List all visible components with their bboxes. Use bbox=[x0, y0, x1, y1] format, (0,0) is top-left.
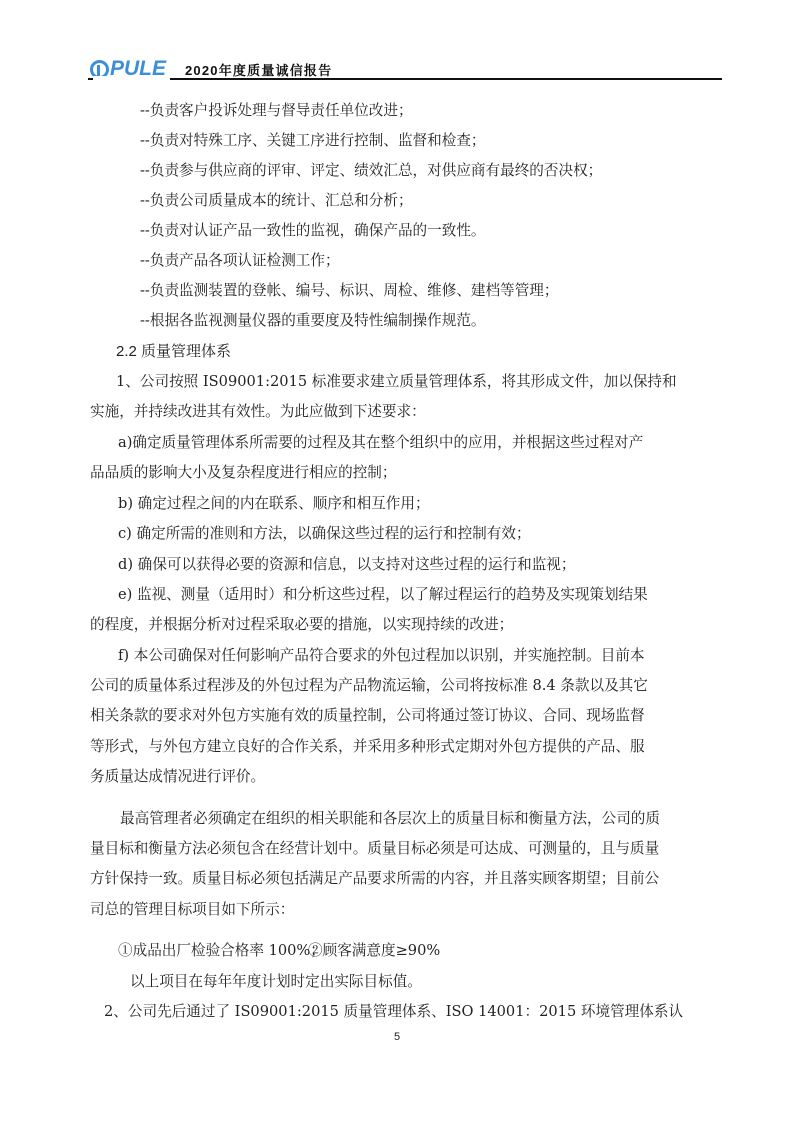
responsibility-item: --负责公司质量成本的统计、汇总和分析； bbox=[140, 190, 413, 212]
paragraph-line: 量目标和衡量方法必须包含在经营计划中。质量目标必须是可达成、可测量的，且与质量 bbox=[90, 838, 659, 860]
responsibility-item: --负责对特殊工序、关键工序进行控制、监督和检查； bbox=[140, 130, 486, 152]
responsibility-item: --负责对认证产品一致性的监视，确保产品的一致性。 bbox=[140, 220, 486, 242]
responsibility-item: --负责客户投诉处理与督导责任单位改进； bbox=[140, 100, 413, 122]
page-header: PULE 2020年度质量诚信报告 bbox=[88, 56, 722, 80]
list-item-a: a)确定质量管理体系所需要的过程及其在整个组织中的应用，并根据这些过程对产 bbox=[118, 432, 643, 454]
list-item-e: e) 监视、测量（适用时）和分析这些过程，以了解过程运行的趋势及实现策划结果 bbox=[118, 584, 648, 606]
paragraph-line: 1、公司按照 IS09001:2015 标准要求建立质量管理体系，将其形成文件，… bbox=[116, 371, 677, 393]
responsibility-item: --负责监测装置的登帐、编号、标识、周检、维修、建档等管理； bbox=[140, 280, 559, 302]
targets-note: 以上项目在每年年度计划时定出实际目标值。 bbox=[130, 971, 422, 993]
responsibility-item: --负责产品各项认证检测工作； bbox=[140, 250, 340, 272]
list-item-e-cont: 的程度，并根据分析对过程采取必要的措施，以实现持续的改进； bbox=[90, 614, 513, 636]
list-item-f-cont: 公司的质量体系过程涉及的外包过程为产品物流运输，公司将按标准 8.4 条款以及其… bbox=[90, 675, 648, 697]
header-rule bbox=[88, 78, 722, 80]
list-item-c: c) 确定所需的准则和方法，以确保这些过程的运行和控制有效； bbox=[118, 523, 531, 545]
page-number: 5 bbox=[0, 1031, 794, 1043]
quality-target-1: ①成品出厂检验合格率 100%； bbox=[118, 940, 325, 962]
section-heading: 2.2 质量管理体系 bbox=[116, 341, 231, 363]
paragraph-line: 司总的管理目标项目如下所示： bbox=[90, 899, 294, 921]
quality-target-2: ②顾客满意度≥90% bbox=[308, 940, 440, 962]
list-item-f-cont: 相关条款的要求对外包方实施有效的质量控制，公司将通过签订协议、合同、现场监督 bbox=[90, 705, 645, 727]
responsibility-item: --根据各监视测量仪器的重要度及特性编制操作规范。 bbox=[140, 310, 486, 332]
list-item-b: b) 确定过程之间的内在联系、顺序和相互作用； bbox=[118, 493, 430, 515]
responsibility-item: --负责参与供应商的评审、评定、绩效汇总，对供应商有最终的否决权； bbox=[140, 160, 602, 182]
report-title: 2020年度质量诚信报告 bbox=[185, 60, 332, 79]
paragraph-line: 最高管理者必须确定在组织的相关职能和各层次上的质量目标和衡量方法，公司的质 bbox=[120, 808, 660, 830]
list-item-f-cont: 务质量达成情况进行评价。 bbox=[90, 766, 265, 788]
paragraph-line: 2、公司先后通过了 IS09001:2015 质量管理体系、ISO 14001：… bbox=[104, 1001, 683, 1023]
list-item-f: f) 本公司确保对任何影响产品符合要求的外包过程加以识别，并实施控制。目前本 bbox=[118, 645, 645, 667]
list-item-d: d) 确保可以获得必要的资源和信息，以支持对这些过程的运行和监视； bbox=[118, 554, 576, 576]
list-item-f-cont: 等形式，与外包方建立良好的合作关系，并采用多种形式定期对外包方提供的产品、服 bbox=[90, 736, 645, 758]
list-item-a-cont: 品品质的影响大小及复杂程度进行相应的控制； bbox=[90, 462, 396, 484]
logo-underline bbox=[88, 78, 93, 80]
header-rule-gap bbox=[90, 76, 170, 81]
paragraph-line: 实施，并持续改进其有效性。为此应做到下述要求： bbox=[90, 401, 426, 423]
paragraph-line: 方针保持一致。质量目标必须包括满足产品要求所需的内容，并且落实顾客期望；目前公 bbox=[90, 868, 659, 890]
